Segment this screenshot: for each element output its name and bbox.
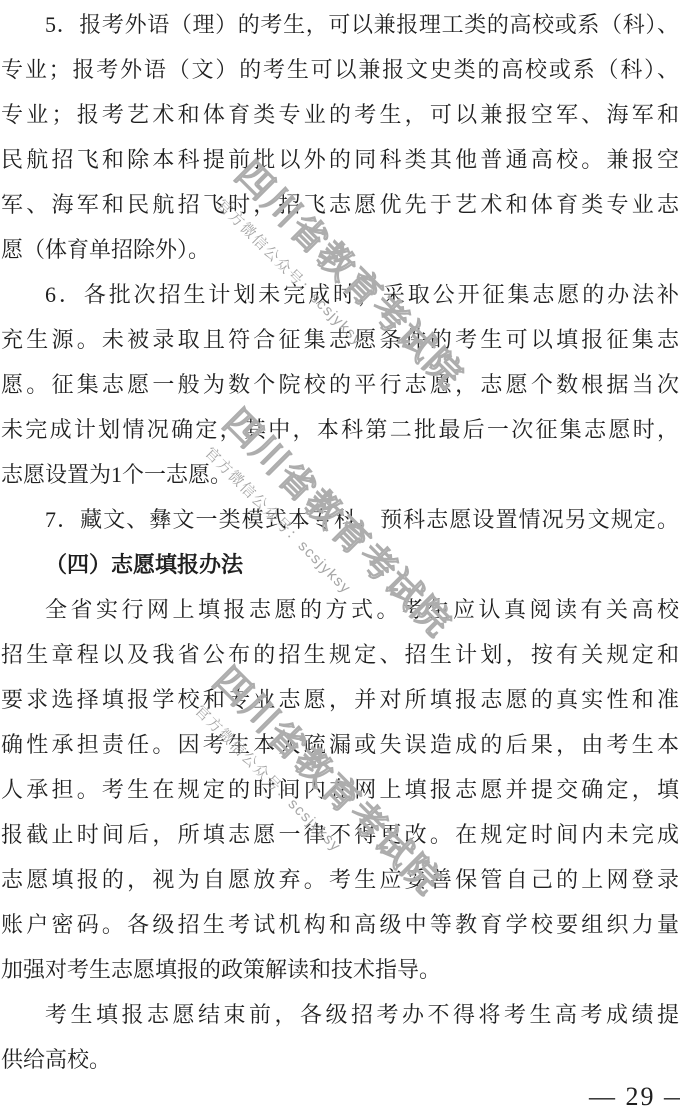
text-line: 志愿填报的，视为自愿放弃。考生应妥善保管自己的上网登录 (0, 857, 680, 902)
text-line: 账户密码。各级招生考试机构和高级中等教育学校要组织力量 (0, 902, 680, 947)
text-line: 愿。征集志愿一般为数个院校的平行志愿，志愿个数根据当次 (0, 362, 680, 407)
text-line: 报截止时间后，所填志愿一律不得更改。在规定时间内未完成 (0, 812, 680, 857)
text-line: 供给高校。 (0, 1037, 680, 1082)
text-line: 确性承担责任。因考生本人疏漏或失误造成的后果，由考生本 (0, 722, 680, 767)
text-line: 愿（体育单招除外）。 (0, 227, 680, 272)
text-line: 志愿设置为1个一志愿。 (0, 452, 680, 497)
text-line: 军、海军和民航招飞时，招飞志愿优先于艺术和体育类专业志 (0, 182, 680, 227)
text-line: 招生章程以及我省公布的招生规定、招生计划，按有关规定和 (0, 632, 680, 677)
page-number: — 29 — (589, 1082, 680, 1112)
text-line: 要求选择填报学校和专业志愿，并对所填报志愿的真实性和准 (0, 677, 680, 722)
text-line: 未完成计划情况确定，其中，本科第二批最后一次征集志愿时， (0, 407, 680, 452)
text-line: 充生源。未被录取且符合征集志愿条件的考生可以填报征集志 (0, 317, 680, 362)
text-line: 全省实行网上填报志愿的方式。考生应认真阅读有关高校 (0, 587, 680, 632)
text-line: 民航招飞和除本科提前批以外的同科类其他普通高校。兼报空 (0, 137, 680, 182)
text-line: 人承担。考生在规定的时间内在网上填报志愿并提交确定，填 (0, 767, 680, 812)
text-line: 6．各批次招生计划未完成时，采取公开征集志愿的办法补 (0, 272, 680, 317)
text-line: 专业；报考外语（文）的考生可以兼报文史类的高校或系（科）、 (0, 47, 680, 92)
text-line: 专业；报考艺术和体育类专业的考生，可以兼报空军、海军和 (0, 92, 680, 137)
document-text: 5．报考外语（理）的考生，可以兼报理工类的高校或系（科）、 专业；报考外语（文）… (0, 0, 680, 1118)
text-line: 考生填报志愿结束前，各级招考办不得将考生高考成绩提 (0, 992, 680, 1037)
text-line: 5．报考外语（理）的考生，可以兼报理工类的高校或系（科）、 (0, 2, 680, 47)
text-line: 7．藏文、彝文一类模式本专科、预科志愿设置情况另文规定。 (0, 497, 680, 542)
text-line: 加强对考生志愿填报的政策解读和技术指导。 (0, 947, 680, 992)
document-page: 5．报考外语（理）的考生，可以兼报理工类的高校或系（科）、 专业；报考外语（文）… (0, 0, 680, 1118)
section-heading: （四）志愿填报办法 (0, 542, 680, 587)
